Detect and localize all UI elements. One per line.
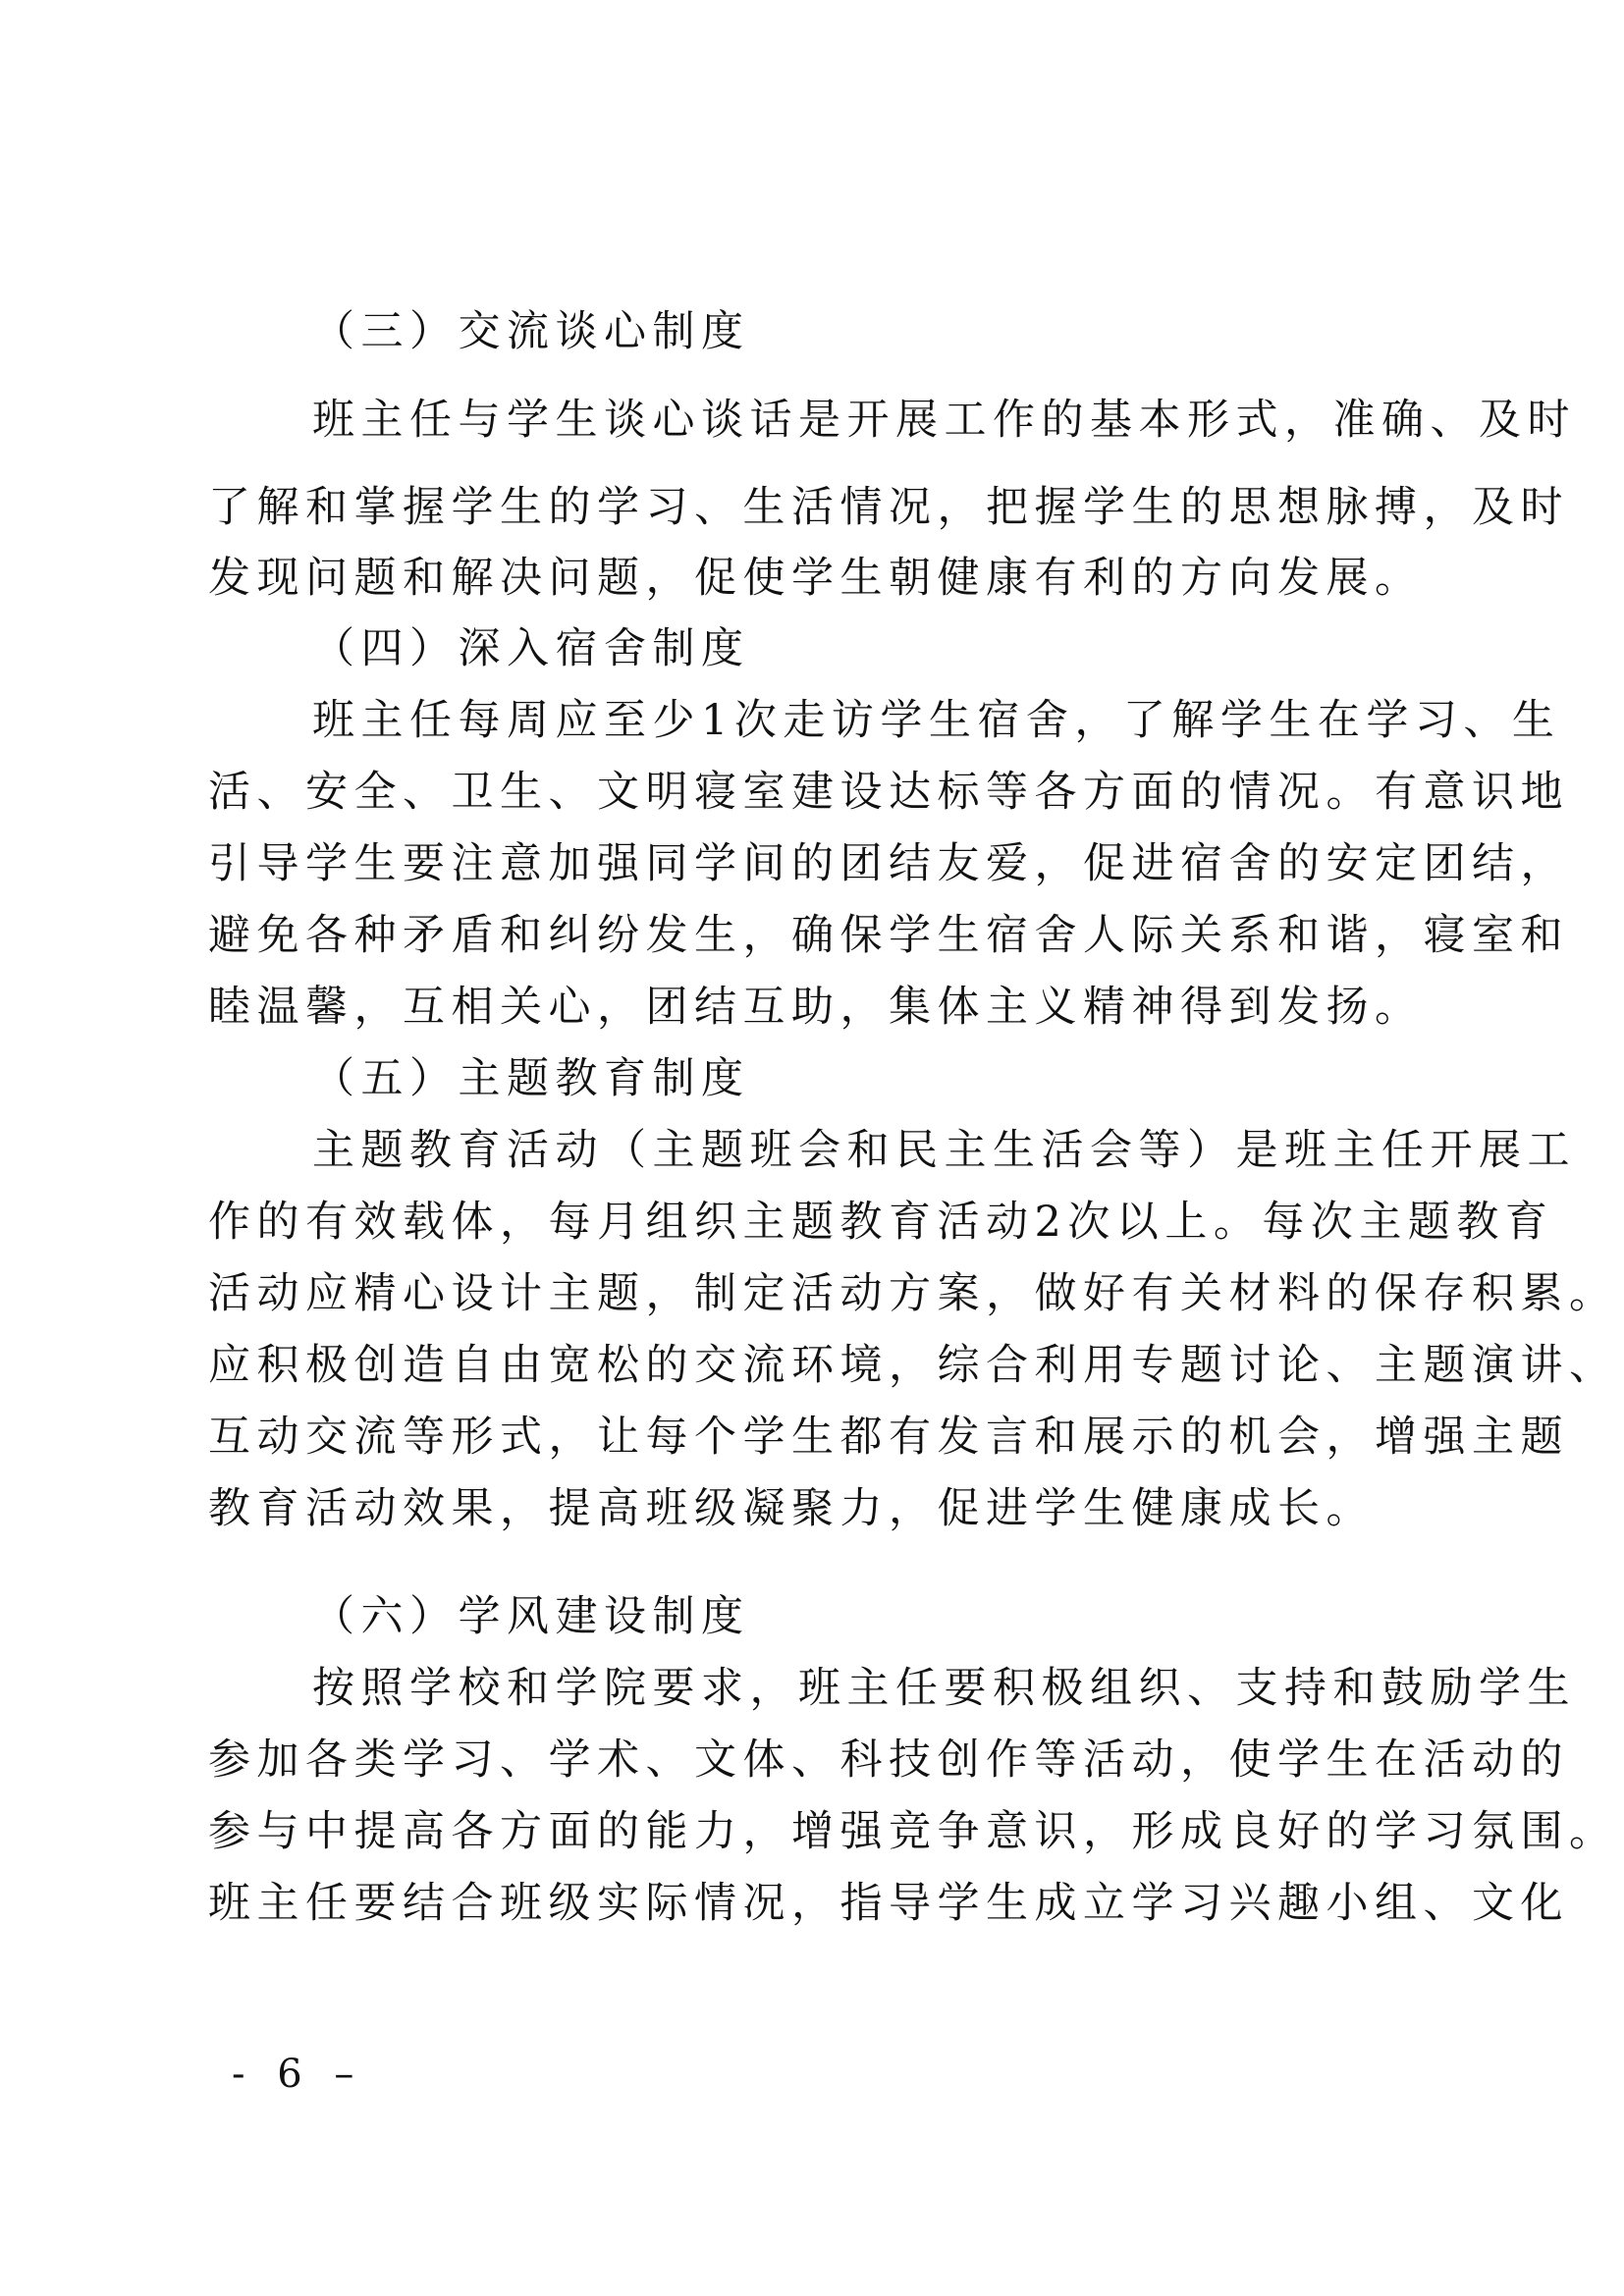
paragraph-line: 参加各类学习、学术、文体、科技创作等活动，使学生在活动的 — [208, 1735, 1426, 1786]
document-page: （三）交流谈心制度 班主任与学生谈心谈话是开展工作的基本形式，准确、及时 了解和… — [0, 0, 1624, 2296]
section-heading: （三）交流谈心制度 — [312, 306, 1530, 357]
paragraph-line: 活动应精心设计主题，制定活动方案，做好有关材料的保存积累。 — [208, 1268, 1426, 1319]
page-number: - 6 – — [232, 2052, 363, 2097]
paragraph-line: 引导学生要注意加强同学间的团结友爱，促进宿舍的安定团结， — [208, 838, 1426, 889]
paragraph-line: 主题教育活动（主题班会和民主生活会等）是班主任开展工 — [312, 1125, 1530, 1176]
section-heading: （四）深入宿舍制度 — [312, 623, 1530, 674]
paragraph-line: 活、安全、卫生、文明寝室建设达标等各方面的情况。有意识地 — [208, 767, 1426, 818]
paragraph-line: 互动交流等形式，让每个学生都有发言和展示的机会，增强主题 — [208, 1412, 1426, 1463]
paragraph-line: 作的有效载体，每月组织主题教育活动2次以上。每次主题教育 — [208, 1197, 1426, 1248]
paragraph-line: 班主任每周应至少1次走访学生宿舍，了解学生在学习、生 — [312, 695, 1530, 746]
paragraph-line: 班主任要结合班级实际情况，指导学生成立学习兴趣小组、文化 — [208, 1878, 1426, 1929]
paragraph-line: 应积极创造自由宽松的交流环境，综合利用专题讨论、主题演讲、 — [208, 1340, 1426, 1391]
paragraph-line: 参与中提高各方面的能力，增强竞争意识，形成良好的学习氛围。 — [208, 1806, 1426, 1857]
paragraph-line: 发现问题和解决问题，促使学生朝健康有利的方向发展。 — [208, 553, 1426, 604]
paragraph-line: 避免各种矛盾和纠纷发生，确保学生宿舍人际关系和谐，寝室和 — [208, 910, 1426, 961]
section-heading: （五）主题教育制度 — [312, 1053, 1530, 1104]
paragraph-line: 班主任与学生谈心谈话是开展工作的基本形式，准确、及时 — [312, 395, 1530, 446]
paragraph-line: 睦温馨，互相关心，团结互助，集体主义精神得到发扬。 — [208, 982, 1426, 1033]
section-heading: （六）学风建设制度 — [312, 1591, 1530, 1642]
paragraph-line: 按照学校和学院要求，班主任要积极组织、支持和鼓励学生 — [312, 1663, 1530, 1714]
paragraph-line: 教育活动效果，提高班级凝聚力，促进学生健康成长。 — [208, 1483, 1426, 1534]
paragraph-line: 了解和掌握学生的学习、生活情况，把握学生的思想脉搏，及时 — [208, 482, 1426, 533]
